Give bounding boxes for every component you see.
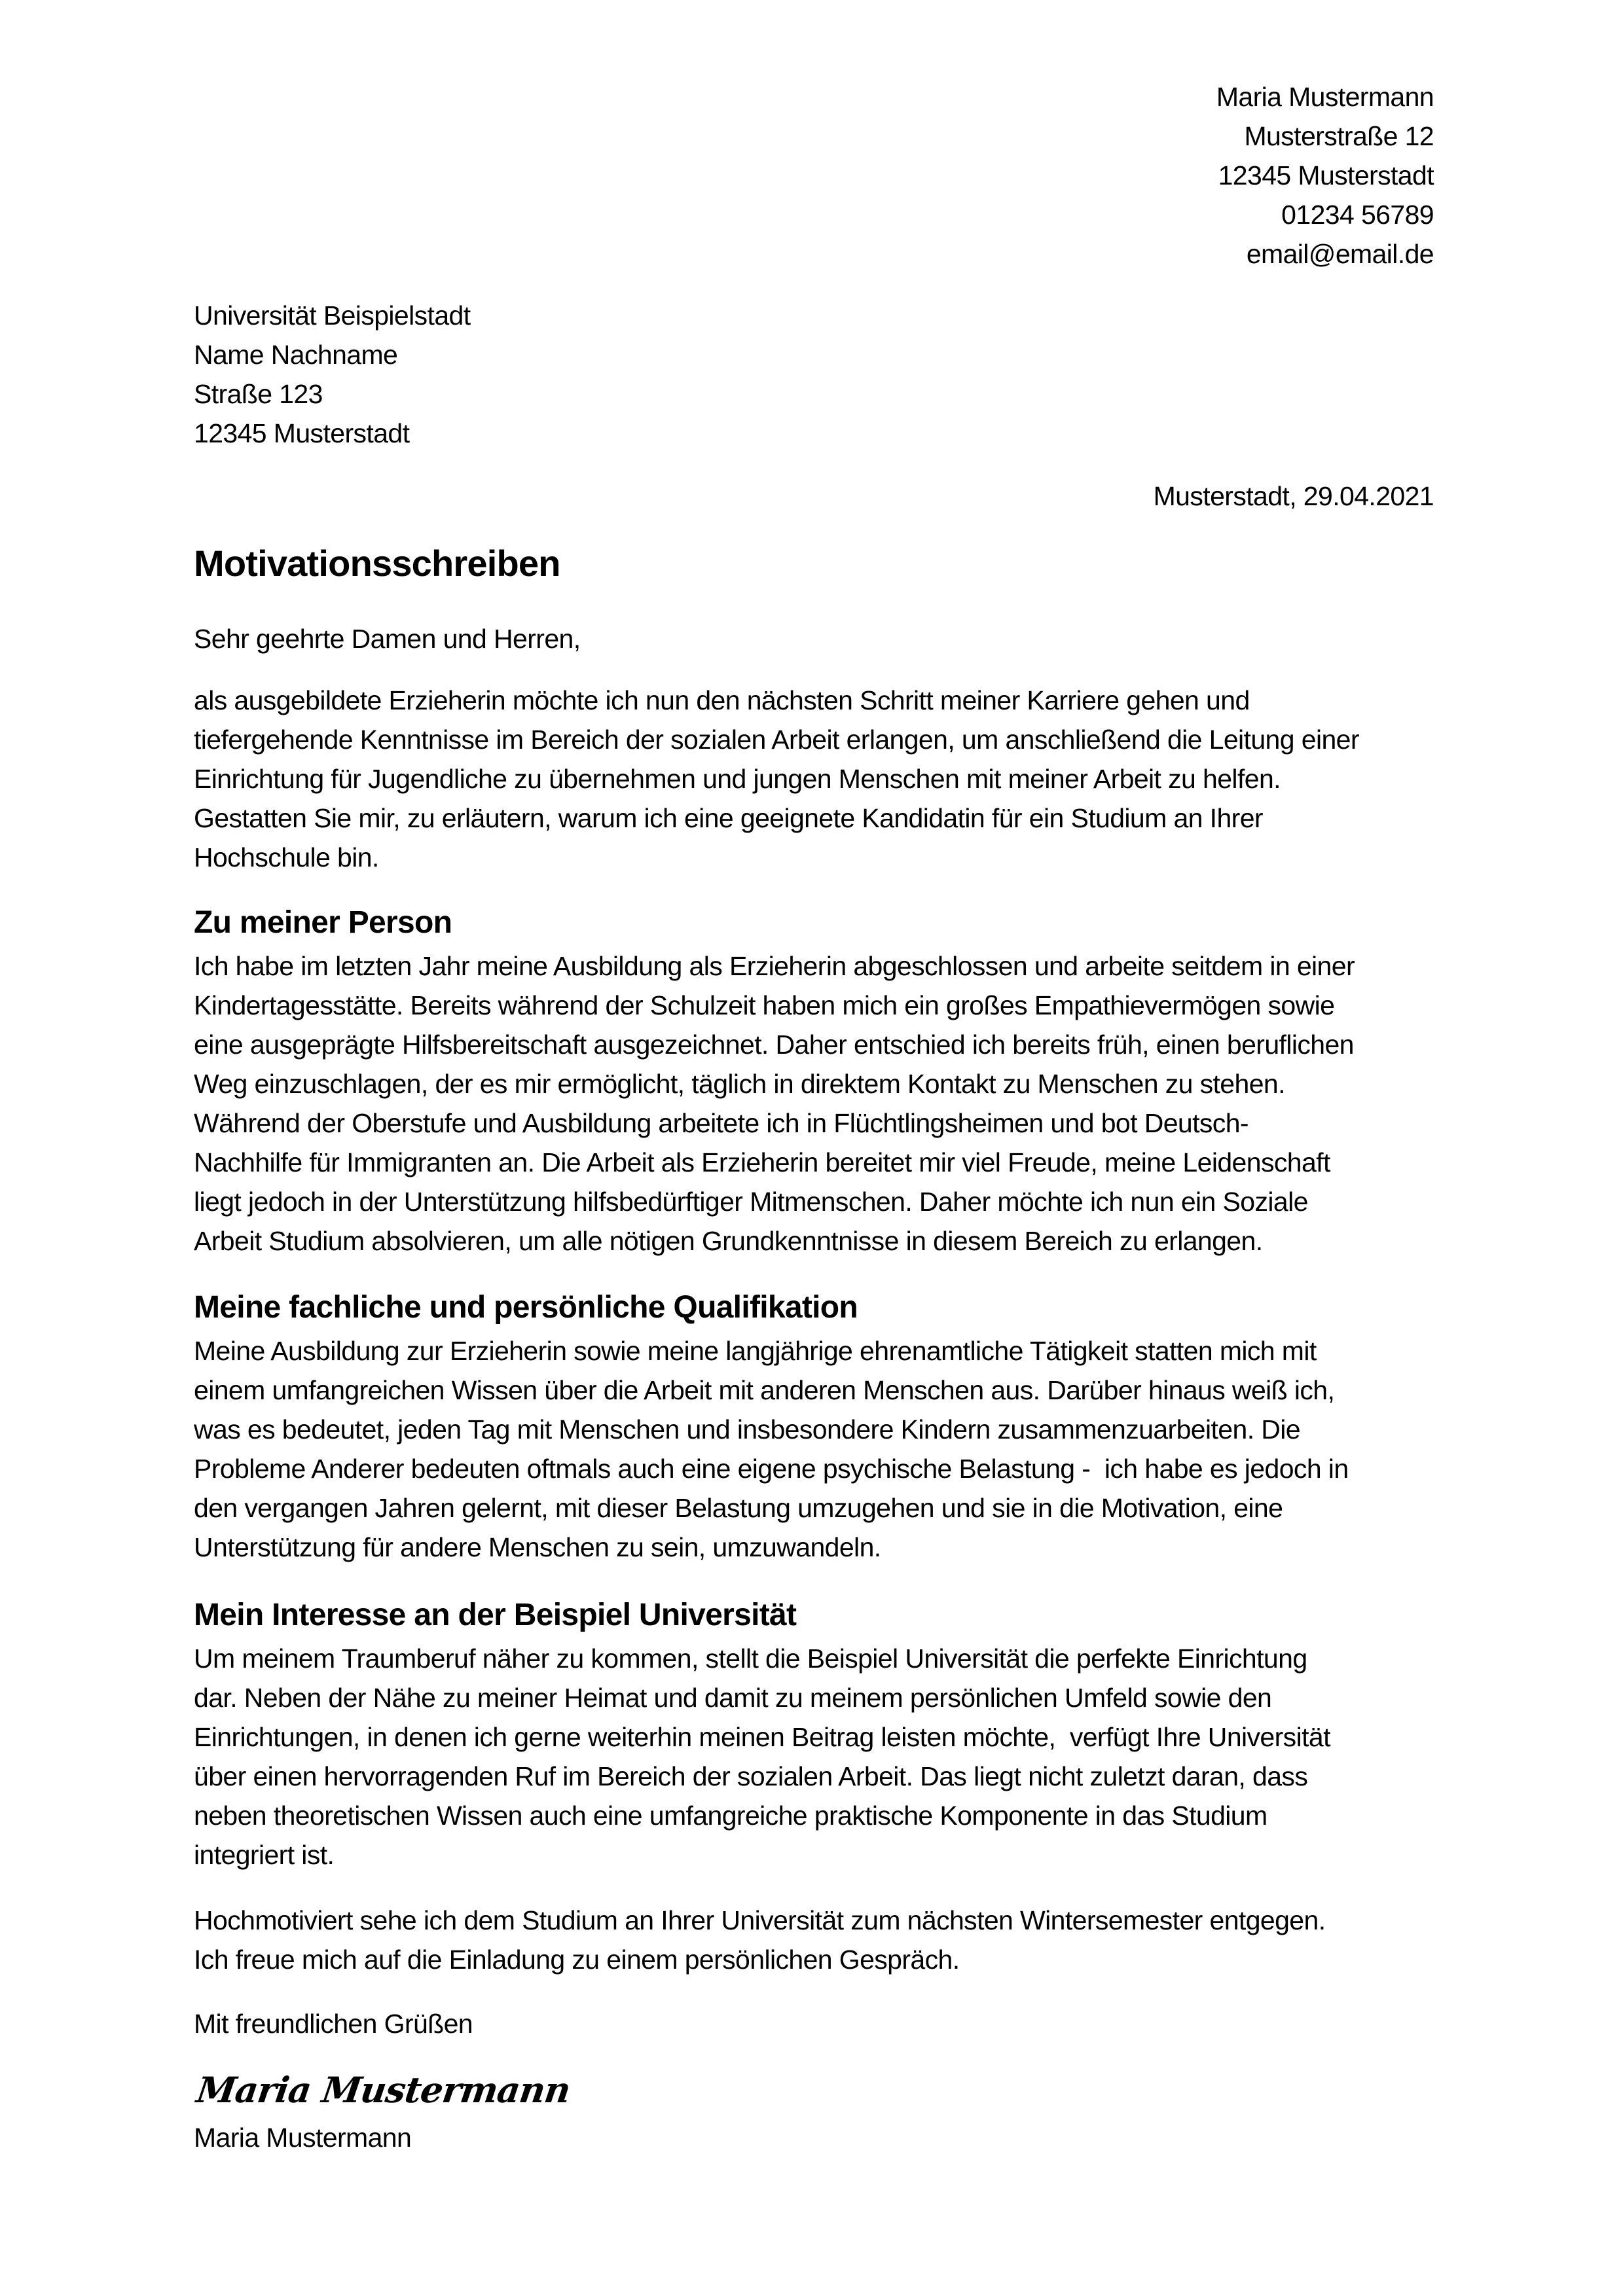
paragraph-line: Nachhilfe für Immigranten an. Die Arbeit… — [194, 1143, 1330, 1182]
paragraph-line: eine ausgeprägte Hilfsbereitschaft ausge… — [194, 1025, 1354, 1064]
section-heading: Mein Interesse an der Beispiel Universit… — [194, 1594, 796, 1636]
closing-greeting: Mit freundlichen Grüßen — [194, 2004, 473, 2043]
signer-name: Maria Mustermann — [194, 2118, 411, 2157]
paragraph-line: Meine Ausbildung zur Erzieherin sowie me… — [194, 1331, 1317, 1371]
paragraph-line: tiefergehende Kenntnisse im Bereich der … — [194, 720, 1359, 759]
letter-page: Maria Mustermann Musterstraße 12 12345 M… — [0, 0, 1623, 2296]
section-heading: Zu meiner Person — [194, 902, 452, 944]
sender-email: email@email.de — [1247, 234, 1434, 274]
date-line: Musterstadt, 29.04.2021 — [1154, 476, 1434, 516]
paragraph-line: Ich freue mich auf die Einladung zu eine… — [194, 1940, 960, 1979]
paragraph-line: als ausgebildete Erzieherin möchte ich n… — [194, 681, 1250, 720]
section-heading: Meine fachliche und persönliche Qualifik… — [194, 1287, 858, 1329]
paragraph-line: dar. Neben der Nähe zu meiner Heimat und… — [194, 1678, 1271, 1717]
paragraph-line: Probleme Anderer bedeuten oftmals auch e… — [194, 1449, 1349, 1488]
paragraph-line: über einen hervorragenden Ruf im Bereich… — [194, 1757, 1307, 1796]
paragraph-line: Arbeit Studium absolvieren, um alle nöti… — [194, 1221, 1263, 1261]
recipient-city: 12345 Musterstadt — [194, 414, 409, 453]
paragraph-line: Einrichtungen, in denen ich gerne weiter… — [194, 1717, 1330, 1757]
paragraph-line: Gestatten Sie mir, zu erläutern, warum i… — [194, 798, 1263, 838]
sender-name: Maria Mustermann — [1216, 77, 1434, 117]
recipient-street: Straße 123 — [194, 374, 323, 414]
paragraph-line: Hochschule bin. — [194, 838, 379, 877]
paragraph-line: neben theoretischen Wissen auch eine umf… — [194, 1796, 1267, 1835]
paragraph-line: Während der Oberstufe und Ausbildung arb… — [194, 1103, 1249, 1143]
sender-phone: 01234 56789 — [1281, 195, 1434, 234]
paragraph-line: Weg einzuschlagen, der es mir ermöglicht… — [194, 1064, 1285, 1103]
paragraph-line: Unterstützung für andere Menschen zu sei… — [194, 1528, 881, 1567]
paragraph-line: Ich habe im letzten Jahr meine Ausbildun… — [194, 946, 1355, 986]
paragraph-line: integriert ist. — [194, 1835, 334, 1874]
handwritten-signature: Maria Mustermann — [194, 2067, 573, 2113]
paragraph-line: liegt jedoch in der Unterstützung hilfsb… — [194, 1182, 1308, 1221]
page-title: Motivationsschreiben — [194, 541, 560, 586]
recipient-institution: Universität Beispielstadt — [194, 296, 471, 335]
paragraph-line: einem umfangreichen Wissen über die Arbe… — [194, 1371, 1334, 1410]
paragraph-line: Um meinem Traumberuf näher zu kommen, st… — [194, 1639, 1307, 1678]
paragraph-line: Kindertagesstätte. Bereits während der S… — [194, 986, 1334, 1025]
recipient-name: Name Nachname — [194, 335, 397, 374]
salutation: Sehr geehrte Damen und Herren, — [194, 619, 581, 658]
sender-street: Musterstraße 12 — [1245, 117, 1434, 156]
sender-city: 12345 Musterstadt — [1218, 156, 1434, 195]
paragraph-line: den vergangen Jahren gelernt, mit dieser… — [194, 1488, 1283, 1528]
paragraph-line: Einrichtung für Jugendliche zu übernehme… — [194, 759, 1281, 798]
paragraph-line: was es bedeutet, jeden Tag mit Menschen … — [194, 1410, 1300, 1449]
paragraph-line: Hochmotiviert sehe ich dem Studium an Ih… — [194, 1901, 1326, 1940]
